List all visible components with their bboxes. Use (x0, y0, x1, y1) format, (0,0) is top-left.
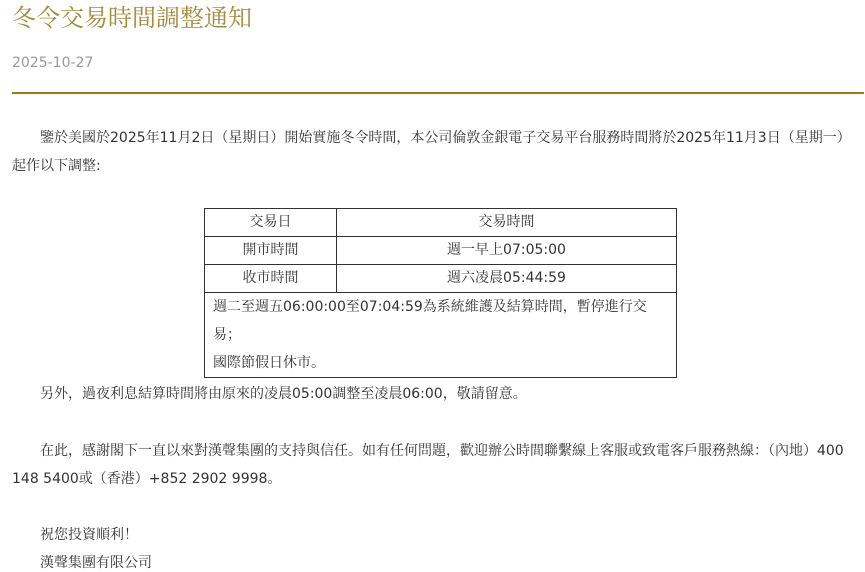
header-trading-day: 交易日 (205, 209, 337, 237)
header-trading-time: 交易時間 (337, 209, 677, 237)
title-divider (12, 92, 864, 94)
note-holiday: 國際節假日休市。 (213, 349, 668, 377)
publish-date: 2025-10-27 (12, 53, 93, 73)
row-label-close: 收市時間 (205, 265, 337, 293)
contact-paragraph: 在此，感謝閣下一直以來對漢聲集團的支持與信任。如有任何問題，歡迎辦公時間聯繫線上… (12, 437, 864, 493)
table-row: 收市時間 週六凌晨05:44:59 (205, 265, 677, 293)
interest-paragraph: 另外，過夜利息結算時間將由原來的凌晨05:00調整至凌晨06:00，敬請留意。 (12, 380, 527, 408)
note-maintenance: 週二至週五06:00:00至07:04:59為系統維護及結算時間，暫停進行交易； (213, 293, 668, 349)
table-note: 週二至週五06:00:00至07:04:59為系統維護及結算時間，暫停進行交易；… (205, 293, 677, 378)
row-value-close: 週六凌晨05:44:59 (337, 265, 677, 293)
row-value-open: 週一早上07:05:00 (337, 237, 677, 265)
company-signature: 漢聲集團有限公司 (40, 549, 152, 572)
page-title: 冬令交易時間調整通知 (12, 2, 252, 34)
table-header-row: 交易日 交易時間 (205, 209, 677, 237)
table-row: 開市時間 週一早上07:05:00 (205, 237, 677, 265)
row-label-open: 開市時間 (205, 237, 337, 265)
trading-hours-table: 交易日 交易時間 開市時間 週一早上07:05:00 收市時間 週六凌晨05:4… (204, 208, 677, 378)
intro-paragraph: 鑒於美國於2025年11月2日（星期日）開始實施冬令時間，本公司倫敦金銀電子交易… (12, 124, 864, 180)
closing-wish: 祝您投資順利！ (40, 521, 138, 549)
table-note-row: 週二至週五06:00:00至07:04:59為系統維護及結算時間，暫停進行交易；… (205, 293, 677, 378)
